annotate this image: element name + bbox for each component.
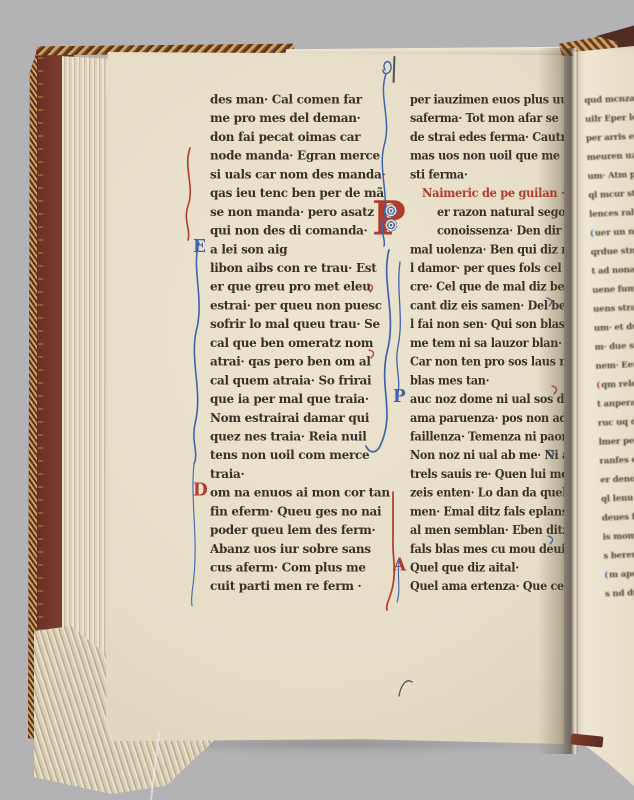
fragment-text: qm relene xyxy=(601,379,634,391)
manuscript-line: l damor· per ques fols cel que xyxy=(410,258,562,277)
fragment-text: ranfes e nem b xyxy=(599,454,634,467)
line-text: mas uos non uoil que me xyxy=(410,148,560,163)
recto-line-fragment: m· due stu de ful xyxy=(594,336,634,358)
line-text: l damor· per ques fols cel que xyxy=(410,261,587,276)
recto-line-fragment: uene fum ful m xyxy=(592,279,634,301)
manuscript-line: qas ieu tenc ben per de mã xyxy=(210,184,386,203)
fragment-text: lmer per tnel xyxy=(598,435,634,448)
line-text: me pro mes del deman· xyxy=(210,111,361,126)
manuscript-line: mal uolenza· Ben qui diz ma xyxy=(410,240,562,259)
line-text: sti ferma· xyxy=(410,167,467,182)
fragment-text: qud mcnza xyxy=(584,94,634,106)
line-text: tens non uoil com merce xyxy=(210,448,369,463)
line-text: atrai· qas pero ben om al xyxy=(210,354,371,369)
fragment-text: um· Atm para xyxy=(587,169,634,182)
manuscript-line: cus aferm· Com plus me xyxy=(210,558,386,577)
fragment-text: per arris eriu xyxy=(586,131,634,144)
rubric-heading: Naimeric de pe guilan ·— xyxy=(410,184,562,203)
line-text: om na enuos ai mon cor tan xyxy=(210,485,390,500)
fragment-text: t ad nonas veu xyxy=(591,264,634,277)
illuminated-initial: A xyxy=(393,557,406,575)
manuscript-line: cal quem atraia· So frirai xyxy=(210,371,386,390)
line-text: men· Emal ditz fals eplans xyxy=(410,504,568,519)
manuscript-line: cre· Cel que de mal diz be· E xyxy=(410,277,562,296)
manuscript-line: me pro mes del deman· xyxy=(210,109,386,128)
line-text: cus aferm· Com plus me xyxy=(210,560,366,575)
line-text: libon aibs con re trau· Est xyxy=(210,261,377,276)
manuscript-line: sti ferma· xyxy=(410,165,562,184)
fragment-text: m apesten m xyxy=(609,568,634,580)
manuscript-line: libon aibs con re trau· Est xyxy=(210,258,386,277)
line-text: Car non ten pro sos laus nil xyxy=(410,354,575,369)
manuscript-line: estrai· per queu non puesc xyxy=(210,296,386,315)
line-text: don fai pecat oimas car xyxy=(210,130,360,145)
manuscript-line: don fai pecat oimas car xyxy=(210,127,386,146)
manuscript-line: Quel ama ertenza· Que cel xyxy=(410,577,562,596)
recto-line-fragment: uilr Eper lor xyxy=(585,108,634,130)
manuscript-line: fin eferm· Queu ges no nai xyxy=(210,502,386,521)
manuscript-line: al men semblan· Eben ditz xyxy=(410,521,562,540)
manuscript-line: AQuel que diz aital· xyxy=(410,558,562,577)
manuscript-line: de strai edes ferma· Cautra xyxy=(410,127,562,146)
line-text: estrai· per queu non puesc xyxy=(210,298,382,313)
line-text: er que greu pro met eleu xyxy=(210,279,371,294)
recto-line-fragment: lences ral sin m xyxy=(589,203,634,225)
manuscript-line: me tem ni sa lauzor blan· xyxy=(410,333,562,352)
manuscript-line: er que greu pro met eleu xyxy=(210,277,386,296)
fragment-text: uilr Eper lor xyxy=(585,113,634,125)
fragment-text: uer un nf nul t xyxy=(595,226,634,239)
line-text: fin eferm· Queu ges no nai xyxy=(210,504,381,519)
manuscript-line: des man· Cal comen far xyxy=(210,90,386,109)
manuscript-line: mas uos non uoil que me xyxy=(410,146,562,165)
manuscript-line: per iauzimen euos plus uus xyxy=(410,90,562,109)
manuscript-line: Abanz uos iur sobre sans xyxy=(210,539,386,558)
manuscript-line: Dom na enuos ai mon cor tan xyxy=(210,483,386,502)
line-text: a lei son aig xyxy=(210,242,287,257)
line-text: cre· Cel que de mal diz be· E xyxy=(410,279,580,294)
line-text: er razon natural segon ma xyxy=(437,204,595,219)
manuscript-line: zeis enten· Lo dan da quel que xyxy=(410,483,562,502)
recto-line-fragment: er denor que E xyxy=(600,468,634,490)
manuscript-line: Per razon natural segon ma xyxy=(410,202,562,221)
manuscript-line: cant diz eis samen· Del be ma xyxy=(410,296,562,315)
manuscript-line: cal que ben omeratz nom xyxy=(210,333,386,352)
recto-line-fragment: uens stra lod p xyxy=(593,298,634,320)
line-text: fals blas mes cu mou deuia· xyxy=(410,541,576,556)
fragment-text: deues fn qr d xyxy=(602,511,634,524)
recto-penwork-mark: ( xyxy=(596,381,600,391)
illuminated-initial: E xyxy=(193,239,206,257)
text-column-right: per iauzimen euos plus uussaferma· Tot m… xyxy=(410,90,562,595)
recto-line-fragment: ql lenu fed ma xyxy=(601,487,634,509)
recto-penwork-mark: ( xyxy=(604,570,608,580)
line-text: traia· xyxy=(210,466,244,481)
recto-line-fragment: deues fn qr d xyxy=(602,506,634,528)
line-text: per iauzimen euos plus uus xyxy=(410,92,574,107)
line-text: conoissenza· Den dir de xyxy=(437,223,579,238)
line-text: Quel que diz aital· xyxy=(410,560,519,575)
manuscript-line: se non manda· pero asatz xyxy=(210,202,386,221)
manuscript-line: fals blas mes cu mou deuia· xyxy=(410,539,562,558)
illuminated-initial: P xyxy=(393,388,405,406)
line-text: de strai edes ferma· Cautra xyxy=(410,130,573,145)
line-text: cuit parti men re ferm · xyxy=(210,579,361,594)
bottom-gutter-leather-sliver xyxy=(571,733,604,747)
fragment-text: ruc uq damst xyxy=(598,416,634,429)
manuscript-line: sofrir lo mal queu trau· Se xyxy=(210,315,386,334)
line-text: blas mes tan· xyxy=(410,373,489,388)
recto-line-fragment: qrdue stma n xyxy=(590,241,634,263)
line-text: se non manda· pero asatz xyxy=(210,204,374,219)
fragment-text: ql lenu fed ma xyxy=(601,492,634,505)
manuscript-line: quez nes traia· Reia nuil xyxy=(210,427,386,446)
fragment-text: uens stra lod p xyxy=(593,302,634,315)
recto-line-fragment: per arris eriu xyxy=(586,127,634,149)
manuscript-line: blas mes tan· xyxy=(410,371,562,390)
line-text: mal uolenza· Ben qui diz ma xyxy=(410,242,580,257)
fragment-text: is mom fam q xyxy=(602,530,634,543)
line-text: qas ieu tenc ben per de mã xyxy=(210,186,384,201)
recto-line-fragment: meuren uzm xyxy=(586,146,634,168)
recto-line-fragment: t anpera led st xyxy=(597,392,634,414)
manuscript-line: atrai· qas pero ben om al xyxy=(210,352,386,371)
manuscript-line: Nom estrairai damar qui xyxy=(210,408,386,427)
recto-line-fragment: ranfes e nem b xyxy=(599,449,634,471)
fragment-text: m· due stu de ful xyxy=(595,340,634,353)
recto-line-fragment: nem· Eeu lid xyxy=(595,354,634,376)
manuscript-line: cuit parti men re ferm · xyxy=(210,577,386,596)
illuminated-initial: P xyxy=(372,197,406,241)
line-text: auc noz dome ni ual sos ditz xyxy=(410,392,579,407)
recto-line-fragment: t ad nonas veu xyxy=(591,260,634,282)
line-text: cal quem atraia· So frirai xyxy=(210,373,371,388)
fragment-text: ql mcur stanc xyxy=(588,188,634,201)
fragment-text: s nd dura de xyxy=(605,587,634,599)
recto-text-fragments: qud mcnzauilr Eper lorper arris eriumeur… xyxy=(584,89,634,605)
fragment-text: um· et du ful xyxy=(594,321,634,333)
manuscript-line: ama paruenza· pos non ade xyxy=(410,408,562,427)
line-text: ama paruenza· pos non ade xyxy=(410,410,574,425)
line-text: zeis enten· Lo dan da quel que xyxy=(410,485,592,500)
recto-line-fragment: (qm relene xyxy=(596,373,634,395)
recto-line-fragment: um· et du ful xyxy=(594,317,634,339)
line-text: me tem ni sa lauzor blan· xyxy=(410,335,562,350)
manuscript-line: Pauc noz dome ni ual sos ditz xyxy=(410,390,562,409)
line-text: Non noz ni ual ab me· Ni an xyxy=(410,448,577,463)
line-text: qui non des di comanda· xyxy=(210,223,368,238)
manuscript-line: trels sauis re· Quen lui me xyxy=(410,464,562,483)
recto-line-fragment: (uer un nf nul t xyxy=(590,222,634,244)
fragment-text: uene fum ful m xyxy=(592,283,634,296)
manuscript-line: faillenza· Temenza ni paor· xyxy=(410,427,562,446)
line-text: saferma· Tot mon afar se xyxy=(410,111,558,126)
manuscript-line: men· Emal ditz fals eplans xyxy=(410,502,562,521)
manuscript-line: traia· xyxy=(210,464,386,483)
fragment-text: meuren uzm xyxy=(587,151,634,163)
manuscript-line: tens non uoil com merce xyxy=(210,446,386,465)
manuscript-line: que ia per mal que traia· xyxy=(210,390,386,409)
fragment-text: er denor que E xyxy=(600,473,634,486)
manuscript-photograph: des man· Cal comen farme pro mes del dem… xyxy=(0,0,634,800)
manuscript-line: si uals car nom des manda· xyxy=(210,165,386,184)
line-text: l fai non sen· Qui son blas xyxy=(410,317,565,332)
manuscript-line: poder queu lem des ferm· xyxy=(210,521,386,540)
line-text: node manda· Egran merce xyxy=(210,148,380,163)
line-text: cant diz eis samen· Del be ma xyxy=(410,298,588,313)
manuscript-line: l fai non sen· Qui son blas xyxy=(410,315,562,334)
line-text: si uals car nom des manda· xyxy=(210,167,385,182)
manuscript-line: saferma· Tot mon afar se xyxy=(410,109,562,128)
line-text: Nom estrairai damar qui xyxy=(210,410,369,425)
rubric-text: Naimeric de pe guilan · xyxy=(422,186,565,201)
line-text: que ia per mal que traia· xyxy=(210,392,369,407)
fragment-text: t anpera led st xyxy=(597,397,634,410)
line-text: poder queu lem des ferm· xyxy=(210,523,375,538)
manuscript-line: node manda· Egran merce xyxy=(210,146,386,165)
line-text: des man· Cal comen far xyxy=(210,92,362,107)
text-column-left: des man· Cal comen farme pro mes del dem… xyxy=(210,90,386,595)
fragment-text: s berens xyxy=(603,550,634,562)
fragment-text: qrdue stma n xyxy=(591,245,634,258)
line-text: trels sauis re· Quen lui me xyxy=(410,466,568,481)
line-text: Quel ama ertenza· Que cel xyxy=(410,579,568,594)
line-text: al men semblan· Eben ditz xyxy=(410,523,568,538)
fragment-text: lences ral sin m xyxy=(589,207,634,220)
line-text: Abanz uos iur sobre sans xyxy=(210,541,371,556)
fragment-text: nem· Eeu lid xyxy=(595,359,634,371)
recto-line-fragment: um· Atm para xyxy=(587,165,634,187)
recto-penwork-mark: ( xyxy=(590,229,594,239)
line-text: faillenza· Temenza ni paor· xyxy=(410,429,571,444)
manuscript-line: Car non ten pro sos laus nil xyxy=(410,352,562,371)
recto-line-fragment: ql mcur stanc xyxy=(588,184,634,206)
line-text: cal que ben omeratz nom xyxy=(210,335,373,350)
manuscript-line: Ea lei son aig xyxy=(210,240,386,259)
verso-page: des man· Cal comen farme pro mes del dem… xyxy=(106,52,564,744)
recto-line-fragment: (m apesten m xyxy=(604,563,634,585)
manuscript-line: conoissenza· Den dir de xyxy=(410,221,562,240)
recto-line-fragment: is mom fam q xyxy=(602,525,634,547)
recto-line-fragment: s berens xyxy=(603,544,634,566)
manuscript-line: qui non des di comanda· xyxy=(210,221,386,240)
manuscript-line: Non noz ni ual ab me· Ni an xyxy=(410,446,562,465)
line-text: quez nes traia· Reia nuil xyxy=(210,429,367,444)
recto-line-fragment: ruc uq damst xyxy=(598,411,634,433)
line-text: sofrir lo mal queu trau· Se xyxy=(210,317,380,332)
recto-line-fragment: qud mcnza xyxy=(584,89,634,111)
recto-line-fragment: s nd dura de xyxy=(605,582,634,604)
recto-page: qud mcnzauilr Eper lorper arris eriumeur… xyxy=(574,46,634,786)
illuminated-initial: D xyxy=(193,482,207,500)
recto-line-fragment: lmer per tnel xyxy=(598,430,634,452)
